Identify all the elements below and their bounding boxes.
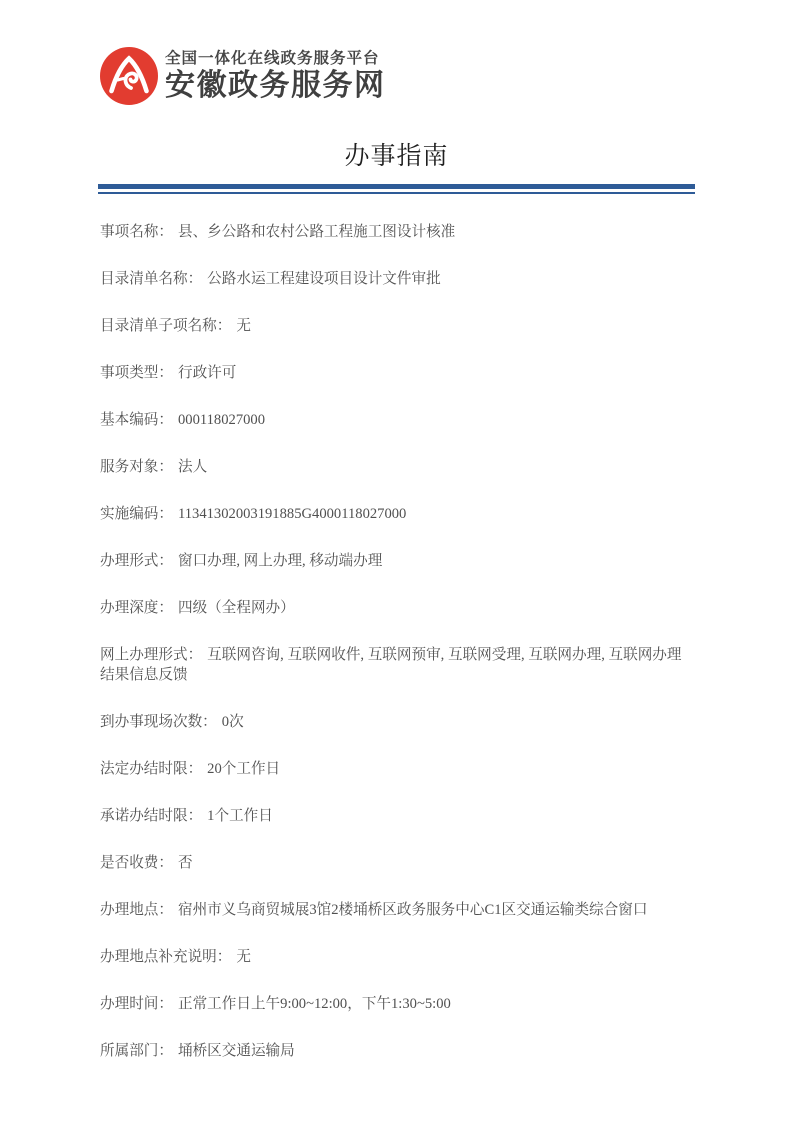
guide-item: 办理深度：四级（全程网办）	[100, 598, 695, 618]
guide-item-label: 目录清单子项名称：	[100, 318, 231, 334]
site-header: 全国一体化在线政务服务平台 安徽政务服务网	[100, 47, 793, 105]
guide-item: 承诺办结时限：1个工作日	[100, 806, 695, 826]
guide-item: 办理地点：宿州市义乌商贸城展3馆2楼埇桥区政务服务中心C1区交通运输类综合窗口	[100, 900, 695, 920]
guide-item-value: 000118027000	[178, 412, 265, 428]
header-text: 全国一体化在线政务服务平台 安徽政务服务网	[165, 49, 386, 104]
site-name: 安徽政务服务网	[165, 68, 386, 104]
guide-item: 是否收费：否	[100, 853, 695, 873]
guide-item: 到办事现场次数：0次	[100, 712, 695, 732]
guide-item-value: 埇桥区交通运输局	[178, 1043, 295, 1059]
guide-item-value: 无	[236, 949, 251, 965]
guide-item-label: 所属部门：	[100, 1043, 173, 1059]
guide-item-value: 行政许可	[178, 365, 236, 381]
guide-item-value: 宿州市义乌商贸城展3馆2楼埇桥区政务服务中心C1区交通运输类综合窗口	[178, 902, 647, 918]
guide-item: 网上办理形式：互联网咨询, 互联网收件, 互联网预审, 互联网受理, 互联网办理…	[100, 645, 695, 685]
platform-tagline: 全国一体化在线政务服务平台	[165, 49, 386, 68]
guide-item-label: 承诺办结时限：	[100, 808, 202, 824]
guide-item-value: 正常工作日上午9:00~12:00，下午1:30~5:00	[178, 996, 451, 1012]
guide-item-label: 法定办结时限：	[100, 761, 202, 777]
guide-item: 所属部门：埇桥区交通运输局	[100, 1041, 695, 1061]
guide-item-value: 县、乡公路和农村公路工程施工图设计核准	[178, 224, 455, 240]
guide-item-label: 网上办理形式：	[100, 647, 202, 663]
guide-item-label: 目录清单名称：	[100, 271, 202, 287]
guide-item: 基本编码：000118027000	[100, 410, 695, 430]
guide-item-label: 办理深度：	[100, 600, 173, 616]
guide-item-label: 实施编码：	[100, 506, 173, 522]
page: 全国一体化在线政务服务平台 安徽政务服务网 办事指南 事项名称：县、乡公路和农村…	[0, 0, 793, 1122]
anhui-gov-logo-icon[interactable]	[100, 47, 158, 105]
guide-item: 服务对象：法人	[100, 457, 695, 477]
guide-item: 实施编码：11341302003191885G4000118027000	[100, 504, 695, 524]
guide-item-label: 事项名称：	[100, 224, 173, 240]
guide-item-label: 办理地点补充说明：	[100, 949, 231, 965]
guide-item-value: 公路水运工程建设项目设计文件审批	[207, 271, 441, 287]
guide-item: 办理时间：正常工作日上午9:00~12:00，下午1:30~5:00	[100, 994, 695, 1014]
guide-item: 办理形式：窗口办理, 网上办理, 移动端办理	[100, 551, 695, 571]
guide-item: 办理地点补充说明：无	[100, 947, 695, 967]
guide-item-label: 到办事现场次数：	[100, 714, 217, 730]
page-title: 办事指南	[0, 142, 793, 172]
guide-item: 目录清单子项名称：无	[100, 316, 695, 336]
guide-item-value: 0次	[222, 714, 244, 730]
guide-item-value: 否	[178, 855, 193, 871]
divider-thin-line	[98, 192, 695, 194]
guide-list: 事项名称：县、乡公路和农村公路工程施工图设计核准 目录清单名称：公路水运工程建设…	[100, 222, 695, 1061]
guide-item-value: 11341302003191885G4000118027000	[178, 506, 406, 522]
guide-item-label: 办理地点：	[100, 902, 173, 918]
guide-item-value: 1个工作日	[207, 808, 273, 824]
guide-item-label: 是否收费：	[100, 855, 173, 871]
guide-item-value: 四级（全程网办）	[178, 600, 295, 616]
guide-item-label: 办理形式：	[100, 553, 173, 569]
guide-item: 法定办结时限：20个工作日	[100, 759, 695, 779]
guide-item-value: 无	[236, 318, 251, 334]
guide-item-label: 服务对象：	[100, 459, 173, 475]
guide-item-label: 基本编码：	[100, 412, 173, 428]
guide-item-value: 窗口办理, 网上办理, 移动端办理	[178, 553, 382, 569]
guide-item-value: 20个工作日	[207, 761, 280, 777]
guide-item-value: 法人	[178, 459, 207, 475]
divider-thick-line	[98, 184, 695, 189]
guide-item-label: 办理时间：	[100, 996, 173, 1012]
guide-item-label: 事项类型：	[100, 365, 173, 381]
guide-item: 目录清单名称：公路水运工程建设项目设计文件审批	[100, 269, 695, 289]
guide-item: 事项类型：行政许可	[100, 363, 695, 383]
guide-item: 事项名称：县、乡公路和农村公路工程施工图设计核准	[100, 222, 695, 242]
